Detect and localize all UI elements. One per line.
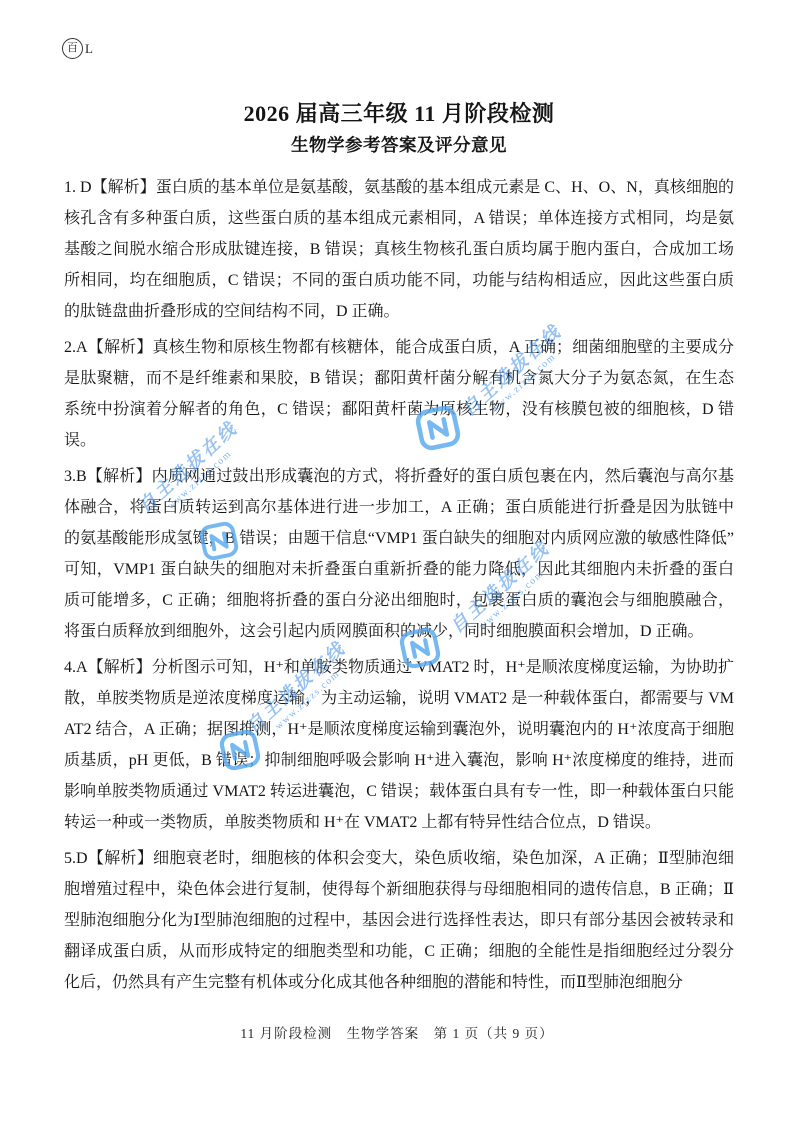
- document-title: 2026 届高三年级 11 月阶段检测: [64, 100, 734, 128]
- answer-text-3: 内质网通过鼓出形成囊泡的方式，将折叠好的蛋白质包裹在内，然后囊泡与高尔基体融合，…: [64, 468, 734, 640]
- press-marker-suffix: L: [85, 41, 93, 57]
- answer-paragraph-4: 4.A【解析】分析图示可知，H⁺和单胺类物质通过 VMAT2 时，H⁺是顺浓度梯…: [64, 652, 734, 838]
- page-footer: 11 月阶段检测 生物学答案 第 1 页（共 9 页）: [0, 1022, 794, 1042]
- answer-text-1: 蛋白质的基本单位是氨基酸，氨基酸的基本组成元素是 C、H、O、N，真核细胞的核孔…: [64, 179, 734, 320]
- answer-label-1: 1. D【解析】: [64, 179, 156, 196]
- answers-section: 1. D【解析】蛋白质的基本单位是氨基酸，氨基酸的基本组成元素是 C、H、O、N…: [64, 172, 734, 998]
- circled-char-icon: 百: [62, 38, 83, 59]
- answer-label-5: 5.D【解析】: [64, 850, 153, 867]
- answer-text-5: 细胞衰老时，细胞核的体积会变大，染色质收缩，染色加深，A 正确；Ⅱ型肺泡细胞增殖…: [64, 850, 734, 991]
- answer-paragraph-2: 2.A【解析】真核生物和原核生物都有核糖体，能合成蛋白质，A 正确；细菌细胞壁的…: [64, 332, 734, 456]
- answer-paragraph-3: 3.B【解析】内质网通过鼓出形成囊泡的方式，将折叠好的蛋白质包裹在内，然后囊泡与…: [64, 461, 734, 647]
- answer-paragraph-1: 1. D【解析】蛋白质的基本单位是氨基酸，氨基酸的基本组成元素是 C、H、O、N…: [64, 172, 734, 327]
- answer-label-4: 4.A【解析】: [64, 659, 152, 676]
- answer-text-4: 分析图示可知，H⁺和单胺类物质通过 VMAT2 时，H⁺是顺浓度梯度运输，为协助…: [64, 659, 734, 831]
- answer-label-2: 2.A【解析】: [64, 339, 153, 356]
- document-subtitle: 生物学参考答案及评分意见: [64, 130, 734, 160]
- answer-text-2: 真核生物和原核生物都有核糖体，能合成蛋白质，A 正确；细菌细胞壁的主要成分是肽聚…: [64, 339, 734, 449]
- answer-paragraph-5: 5.D【解析】细胞衰老时，细胞核的体积会变大，染色质收缩，染色加深，A 正确；Ⅱ…: [64, 843, 734, 998]
- document-page: 2026 届高三年级 11 月阶段检测 生物学参考答案及评分意见 1. D【解析…: [64, 0, 734, 1003]
- press-marker: 百 L: [62, 38, 93, 59]
- answer-label-3: 3.B【解析】: [64, 468, 152, 485]
